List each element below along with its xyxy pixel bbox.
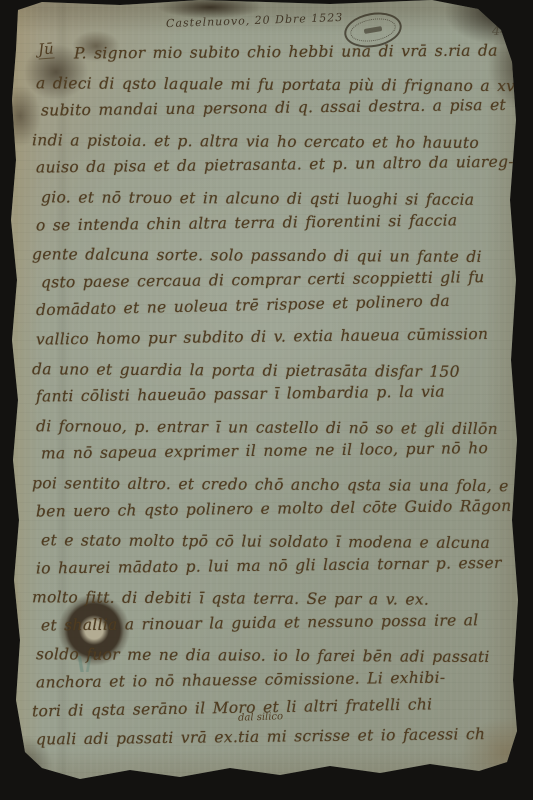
manuscript-line: subito mandai una persona di q. assai de… (5, 91, 533, 126)
manuscript-line: P. signor mio subito chio hebbi una di v… (0, 36, 533, 68)
manuscript-line: ben uero ch qsto polinero e molto del cō… (0, 491, 533, 526)
manuscript-line: ma nō sapeua exprimer il nome ne il loco… (5, 434, 533, 469)
manuscript-line: o se intenda chin altra terra di fiorent… (0, 205, 533, 240)
photograph-background: Castelnuovo, 20 Dbre 1523 44 Jū P. signo… (0, 0, 533, 800)
manuscript-line: vallico homo pur subdito di v. extia hau… (0, 319, 533, 354)
manuscript-paper: Castelnuovo, 20 Dbre 1523 44 Jū P. signo… (0, 0, 533, 800)
manuscript-line: fanti cōlisti haueuāo passar ī lombardia… (0, 377, 533, 412)
manuscript-line: et shallia a rinouar la guida et nessuno… (5, 605, 533, 640)
manuscript-line: io haurei mādato p. lui ma nō gli lascia… (0, 548, 533, 583)
manuscript-line: auiso da pisa et da pietrasanta. et p. u… (0, 148, 533, 183)
letter-body: P. signor mio subito chio hebbi una di v… (0, 40, 533, 755)
manuscript-line: quali adi passati vrā ex.tia mi scrisse … (0, 720, 533, 755)
interlinear-insertion: dal silico (238, 711, 283, 724)
